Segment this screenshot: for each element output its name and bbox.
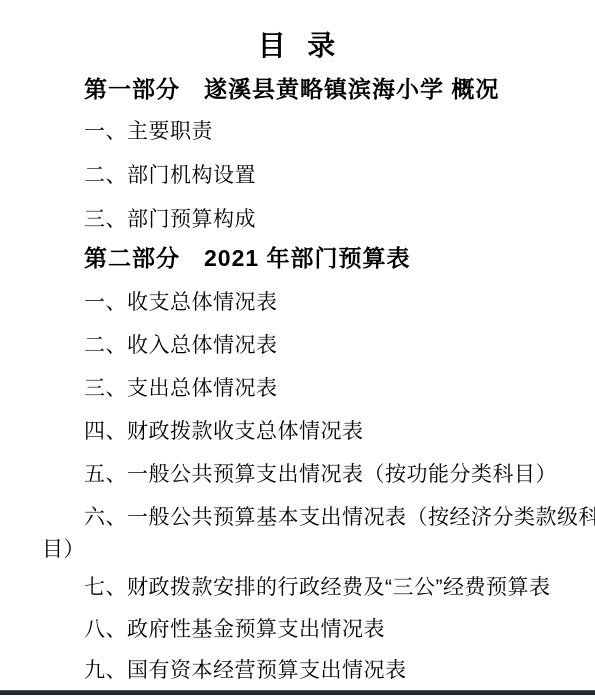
toc-item-org-structure: 二、部门机构设置 <box>84 165 256 186</box>
toc-item-budget-composition: 三、部门预算构成 <box>84 209 256 230</box>
toc-item-state-capital-budget: 九、国有资本经营预算支出情况表 <box>84 660 407 681</box>
window-bottom-bar <box>0 690 595 695</box>
toc-item-main-duties: 一、主要职责 <box>84 121 213 142</box>
page-title: 目 录 <box>0 32 595 60</box>
toc-item-admin-three-public-funds: 七、财政拨款安排的行政经费及“三公”经费预算表 <box>84 577 551 598</box>
toc-item-expense-overview: 三、支出总体情况表 <box>84 378 278 399</box>
toc-item-public-budget-expense: 五、一般公共预算支出情况表（按功能分类科目） <box>84 464 557 485</box>
toc-item-govt-fund-budget: 八、政府性基金预算支出情况表 <box>84 619 385 640</box>
section-2-heading: 第二部分 2021 年部门预算表 <box>84 247 411 270</box>
section-1-heading: 第一部分 遂溪县黄略镇滨海小学 概况 <box>84 78 499 101</box>
toc-item-fiscal-allocation-overview: 四、财政拨款收支总体情况表 <box>84 421 364 442</box>
toc-document-page: 目 录 第一部分 遂溪县黄略镇滨海小学 概况 一、主要职责 二、部门机构设置 三… <box>0 0 595 699</box>
toc-item-basic-expense-line1: 六、一般公共预算基本支出情况表（按经济分类款级科 <box>84 507 595 528</box>
toc-item-income-expense-overview: 一、收支总体情况表 <box>84 292 278 313</box>
toc-item-income-overview: 二、收入总体情况表 <box>84 335 278 356</box>
toc-item-basic-expense-line2: 目） <box>42 539 85 560</box>
